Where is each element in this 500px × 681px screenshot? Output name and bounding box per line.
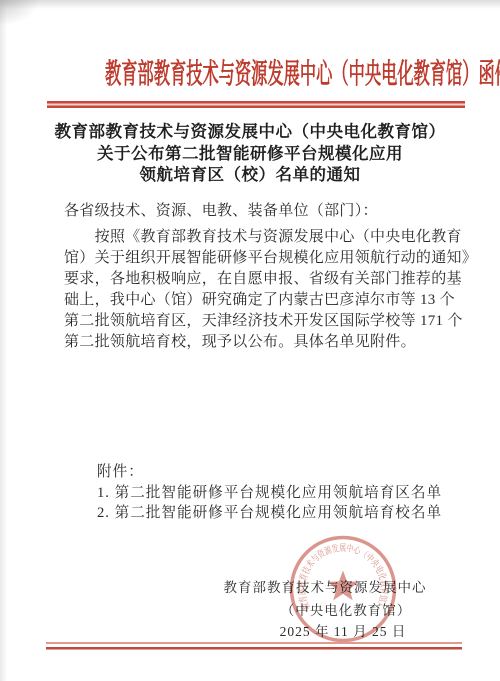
document-title-line: 关于公布第二批智能研修平台规模化应用 — [0, 143, 500, 165]
red-divider-bottom — [46, 642, 462, 650]
document-title: 教育部教育技术与资源发展中心（中央电化教育馆） 关于公布第二批智能研修平台规模化… — [0, 121, 500, 186]
attachment-item: 2. 第二批智能研修平台规模化应用领航培育校名单 — [97, 503, 442, 524]
red-divider-top — [47, 101, 465, 108]
seal-star-icon — [327, 571, 358, 601]
document-title-line: 领航培育区（校）名单的通知 — [0, 164, 500, 186]
salutation: 各省级技术、资源、电教、装备单位（部门）： — [64, 201, 468, 222]
official-seal: 教育部教育技术与资源发展中心（中央电化教育馆） ············· — [277, 523, 409, 655]
attachment-item: 1. 第二批智能研修平台规模化应用领航培育区名单 — [97, 483, 442, 504]
body-line: 础上，我中心（馆）研究确定了内蒙古巴彦淖尔市等 13 个 — [64, 290, 468, 311]
body-line: 第二批领航培育区，天津经济技术开发区国际学校等 171 个 — [64, 311, 468, 332]
attachment-label: 附件： — [97, 462, 442, 483]
document-page: 教育部教育技术与资源发展中心（中央电化教育馆）函件 教育部教育技术与资源发展中心… — [0, 0, 500, 681]
body-line: 第二批领航培育校，现予以公布。具体名单见附件。 — [64, 332, 468, 353]
svg-text:·············: ············· — [318, 601, 356, 616]
document-title-line: 教育部教育技术与资源发展中心（中央电化教育馆） — [0, 121, 500, 143]
document-body: 各省级技术、资源、电教、装备单位（部门）： 按照《教育部教育技术与资源发展中心（… — [64, 201, 468, 353]
body-line: 馆）关于组织开展智能研修平台规模化应用领航行动的通知》 — [64, 248, 468, 269]
seal-bottom-marks: ············· — [318, 601, 356, 616]
body-line: 按照《教育部教育技术与资源发展中心（中央电化教育 — [64, 227, 468, 248]
scan-edge-shadow-left — [0, 0, 7, 681]
scan-edge-shadow-top — [0, 0, 500, 9]
body-line: 要求，各地积极响应，在自愿申报、省级有关部门推荐的基 — [64, 269, 468, 290]
letterhead-title: 教育部教育技术与资源发展中心（中央电化教育馆）函件 — [105, 52, 395, 92]
scan-edge-shadow-corner — [0, 0, 40, 26]
attachment-list: 附件： 1. 第二批智能研修平台规模化应用领航培育区名单 2. 第二批智能研修平… — [97, 462, 442, 524]
